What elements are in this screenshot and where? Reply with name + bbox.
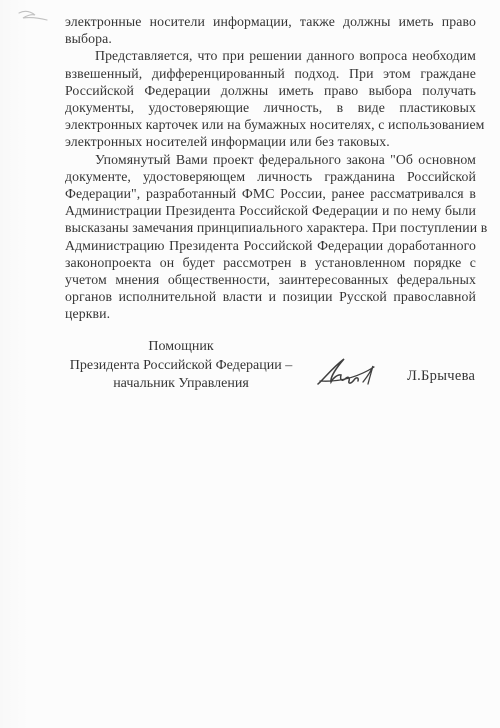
text-line: электронных карточек или на бумажных нос… — [65, 116, 476, 133]
text-line: выбора. — [65, 30, 476, 47]
text-line: документе, удостоверяющем личность гражд… — [65, 168, 476, 185]
text-line: Администрации Президента Российской Феде… — [65, 202, 476, 219]
signature-title-line: Президента Российской Федерации – — [65, 357, 297, 376]
text-line: Федерации", разработанный ФМС России, ра… — [65, 185, 476, 202]
text-line: Российской Федерации должны иметь право … — [65, 82, 476, 99]
signature-block: Помощник Президента Российской Федерации… — [65, 338, 476, 410]
text-line: законопроекта он будет рассмотрен в уста… — [65, 254, 476, 271]
text-line: органов исполнительной власти и позиции … — [65, 288, 476, 305]
text-line: электронные носители информации, также д… — [65, 13, 476, 30]
text-line: Представляется, что при решении данного … — [65, 47, 476, 64]
document-body: электронные носители информации, также д… — [65, 13, 476, 323]
text-line: документы, удостоверяющие личность, в ви… — [65, 99, 476, 116]
signature-title-line: Помощник — [65, 338, 297, 357]
handwritten-signature-icon — [317, 354, 379, 396]
paragraph: Представляется, что при решении данного … — [65, 47, 476, 150]
text-line: Администрацию Президента Российской Феде… — [65, 237, 476, 254]
text-line: взвешенный, дифференцированный подход. П… — [65, 65, 476, 82]
text-line: Упомянутый Вами проект федерального зако… — [65, 151, 476, 168]
paragraph: Упомянутый Вами проект федерального зако… — [65, 151, 476, 323]
pen-mark-icon — [17, 8, 51, 24]
document-page: электронные носители информации, также д… — [0, 0, 500, 728]
text-line: высказаны замечания принципиального хара… — [65, 219, 476, 236]
text-line: учетом мнения общественности, заинтересо… — [65, 271, 476, 288]
text-line: электронных носителей информации или без… — [65, 133, 476, 150]
signature-title-line: начальник Управления — [65, 375, 297, 394]
signatory-title: Помощник Президента Российской Федерации… — [65, 338, 297, 394]
signatory-name: Л.Брычева — [407, 368, 475, 385]
paragraph: электронные носители информации, также д… — [65, 13, 476, 47]
text-line: церкви. — [65, 305, 476, 322]
